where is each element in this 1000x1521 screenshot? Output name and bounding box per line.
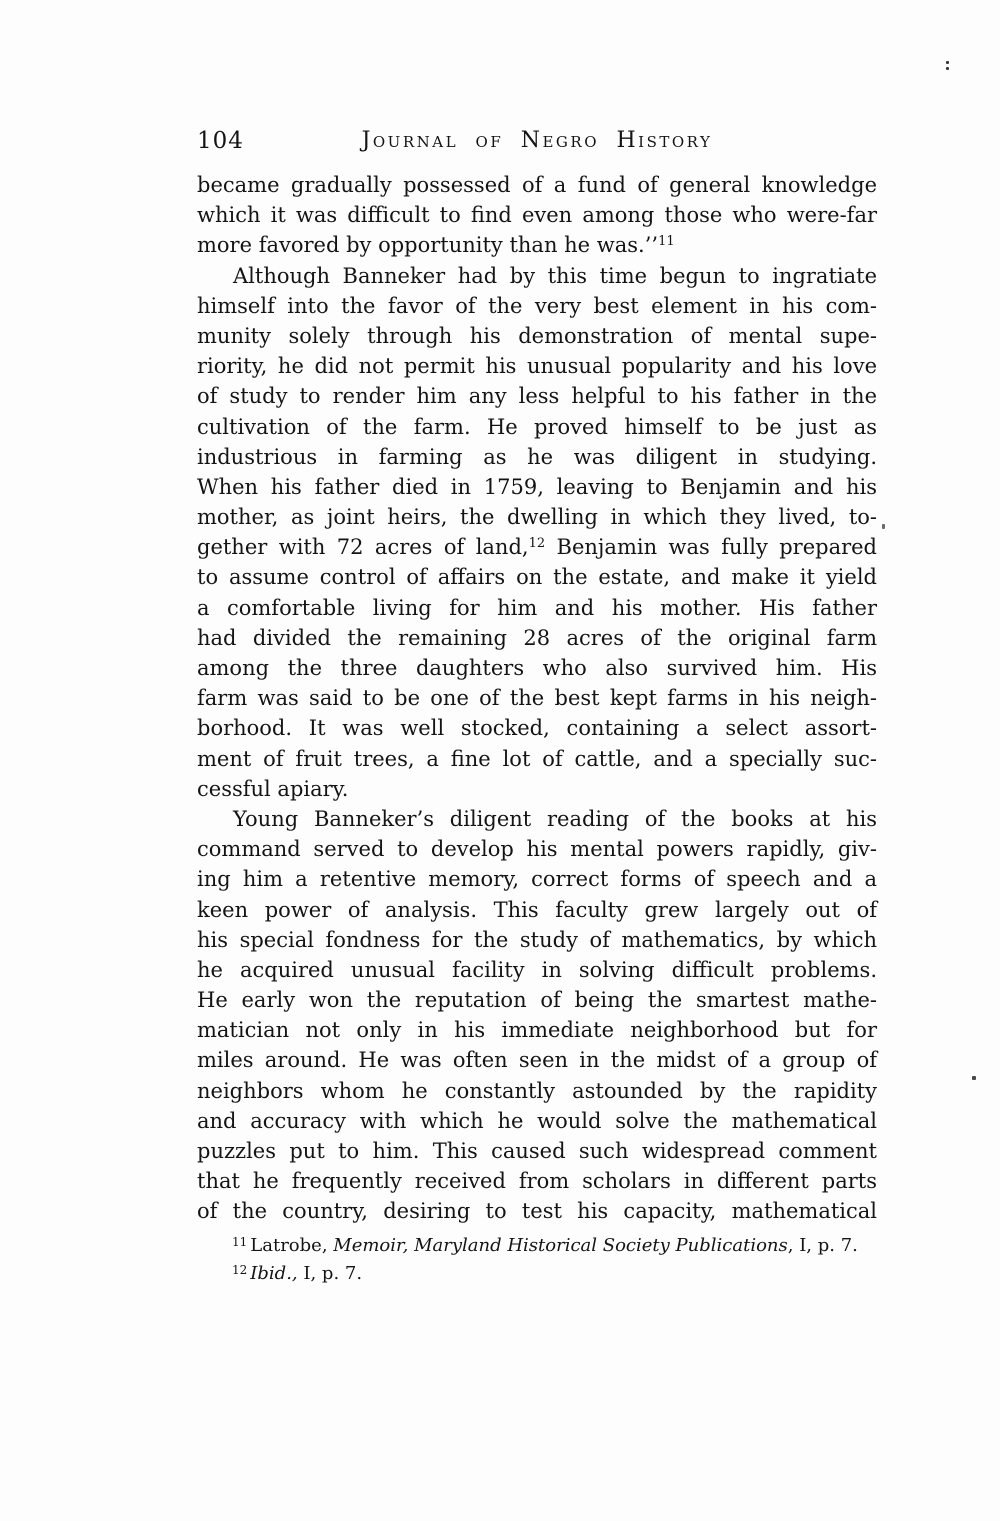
text-line: that he frequently received from scholar… — [197, 1166, 877, 1196]
text-segment: of the country, desiring to test his cap… — [197, 1199, 877, 1223]
text-segment: among the three daughters who also survi… — [197, 656, 877, 680]
text-segment: and accuracy with which he would solve t… — [197, 1109, 877, 1133]
text-segment: gether with 72 acres of land, — [197, 535, 529, 559]
scan-speck — [882, 524, 885, 529]
text-segment: cessful apiary. — [197, 777, 348, 801]
text-segment: mother, as joint heirs, the dwelling in … — [197, 505, 877, 529]
text-line: miles around. He was often seen in the m… — [197, 1045, 877, 1075]
text-segment: neighbors whom he constantly astounded b… — [197, 1079, 877, 1103]
text-line: of study to render him any less helpful … — [197, 381, 877, 411]
footnote-reference: 11 — [658, 234, 675, 249]
text-segment: He early won the reputation of being the… — [197, 988, 877, 1012]
text-line: keen power of analysis. This faculty gre… — [197, 895, 877, 925]
footnote-reference: 12 — [529, 536, 546, 551]
text-segment: he acquired unusual facility in solving … — [197, 958, 877, 982]
footnote-line: 12Ibid., I, p. 7. — [232, 1260, 882, 1288]
text-segment: miles around. He was often seen in the m… — [197, 1048, 877, 1072]
text-segment: Latrobe, — [250, 1235, 333, 1256]
text-segment: I, p. 7. — [298, 1263, 362, 1284]
text-segment: puzzles put to him. This caused such wid… — [197, 1139, 877, 1163]
text-line: puzzles put to him. This caused such wid… — [197, 1136, 877, 1166]
body-text: became gradually possessed of a fund of … — [197, 170, 877, 1227]
text-line: a comfortable living for him and his mot… — [197, 593, 877, 623]
text-line: he acquired unusual facility in solving … — [197, 955, 877, 985]
text-segment: which it was difficult to find even amon… — [197, 203, 877, 227]
text-line: more favored by opportunity than he was.… — [197, 230, 877, 260]
text-line: his special fondness for the study of ma… — [197, 925, 877, 955]
text-line: ment of fruit trees, a fine lot of cattl… — [197, 744, 877, 774]
text-segment: industrious in farming as he was diligen… — [197, 445, 877, 469]
text-line: had divided the remaining 28 acres of th… — [197, 623, 877, 653]
text-segment: became gradually possessed of a fund of … — [197, 173, 877, 197]
text-line: and accuracy with which he would solve t… — [197, 1106, 877, 1136]
text-segment: had divided the remaining 28 acres of th… — [197, 626, 877, 650]
text-line: industrious in farming as he was diligen… — [197, 442, 877, 472]
text-line: farm was said to be one of the best kept… — [197, 683, 877, 713]
text-line: Young Banneker’s diligent reading of the… — [197, 804, 877, 834]
footnote-line: 11Latrobe, Memoir, Maryland Historical S… — [232, 1232, 882, 1260]
text-line: borhood. It was well stocked, containing… — [197, 713, 877, 743]
text-line: of the country, desiring to test his cap… — [197, 1196, 877, 1226]
text-segment: command served to develop his mental pow… — [197, 837, 877, 861]
text-line: Although Banneker had by this time begun… — [197, 261, 877, 291]
text-segment: to assume control of affairs on the esta… — [197, 565, 877, 589]
text-line: ing him a retentive memory, correct form… — [197, 864, 877, 894]
text-segment: matician not only in his immediate neigh… — [197, 1018, 877, 1042]
text-segment: cultivation of the farm. He proved himse… — [197, 415, 877, 439]
text-line: When his father died in 1759, leaving to… — [197, 472, 877, 502]
text-segment: more favored by opportunity than he was.… — [197, 233, 658, 257]
text-segment: ment of fruit trees, a fine lot of cattl… — [197, 747, 877, 771]
text-segment: farm was said to be one of the best kept… — [197, 686, 877, 710]
italic-text: Memoir, Maryland Historical Society Publ… — [333, 1235, 787, 1256]
footnotes: 11Latrobe, Memoir, Maryland Historical S… — [232, 1232, 882, 1288]
text-segment: that he frequently received from scholar… — [197, 1169, 877, 1193]
text-line: munity solely through his demonstration … — [197, 321, 877, 351]
text-segment: keen power of analysis. This faculty gre… — [197, 898, 877, 922]
text-segment: himself into the favor of the very best … — [197, 294, 877, 318]
page-header: 104 Journal of Negro History — [197, 128, 877, 160]
text-line: gether with 72 acres of land,12 Benjamin… — [197, 532, 877, 562]
text-line: became gradually possessed of a fund of … — [197, 170, 877, 200]
text-segment: ing him a retentive memory, correct form… — [197, 867, 877, 891]
text-line: He early won the reputation of being the… — [197, 985, 877, 1015]
text-line: cessful apiary. — [197, 774, 877, 804]
text-line: himself into the favor of the very best … — [197, 291, 877, 321]
text-segment: borhood. It was well stocked, containing… — [197, 716, 877, 740]
text-line: cultivation of the farm. He proved himse… — [197, 412, 877, 442]
text-line: among the three daughters who also survi… — [197, 653, 877, 683]
text-segment: a comfortable living for him and his mot… — [197, 596, 877, 620]
text-segment: , I, p. 7. — [788, 1235, 858, 1256]
text-segment: of study to render him any less helpful … — [197, 384, 877, 408]
text-line: mother, as joint heirs, the dwelling in … — [197, 502, 877, 532]
text-line: which it was difficult to find even amon… — [197, 200, 877, 230]
text-line: command served to develop his mental pow… — [197, 834, 877, 864]
text-segment: riority, he did not permit his unusual p… — [197, 354, 877, 378]
text-line: riority, he did not permit his unusual p… — [197, 351, 877, 381]
text-segment: Benjamin was fully prepared — [545, 535, 877, 559]
footnote-reference: 12 — [232, 1263, 247, 1277]
scan-speck — [946, 61, 949, 64]
text-line: neighbors whom he constantly astounded b… — [197, 1076, 877, 1106]
italic-text: Ibid., — [250, 1263, 297, 1284]
footnote-reference: 11 — [232, 1235, 247, 1249]
scan-speck — [972, 1076, 976, 1080]
text-segment: When his father died in 1759, leaving to… — [197, 475, 877, 499]
text-segment: munity solely through his demonstration … — [197, 324, 877, 348]
text-segment: his special fondness for the study of ma… — [197, 928, 877, 952]
book-page: 104 Journal of Negro History became grad… — [0, 0, 1000, 1521]
text-segment: Although Banneker had by this time begun… — [233, 264, 877, 288]
journal-title: Journal of Negro History — [197, 128, 877, 153]
text-segment: Young Banneker’s diligent reading of the… — [233, 807, 877, 831]
text-line: matician not only in his immediate neigh… — [197, 1015, 877, 1045]
text-line: to assume control of affairs on the esta… — [197, 562, 877, 592]
